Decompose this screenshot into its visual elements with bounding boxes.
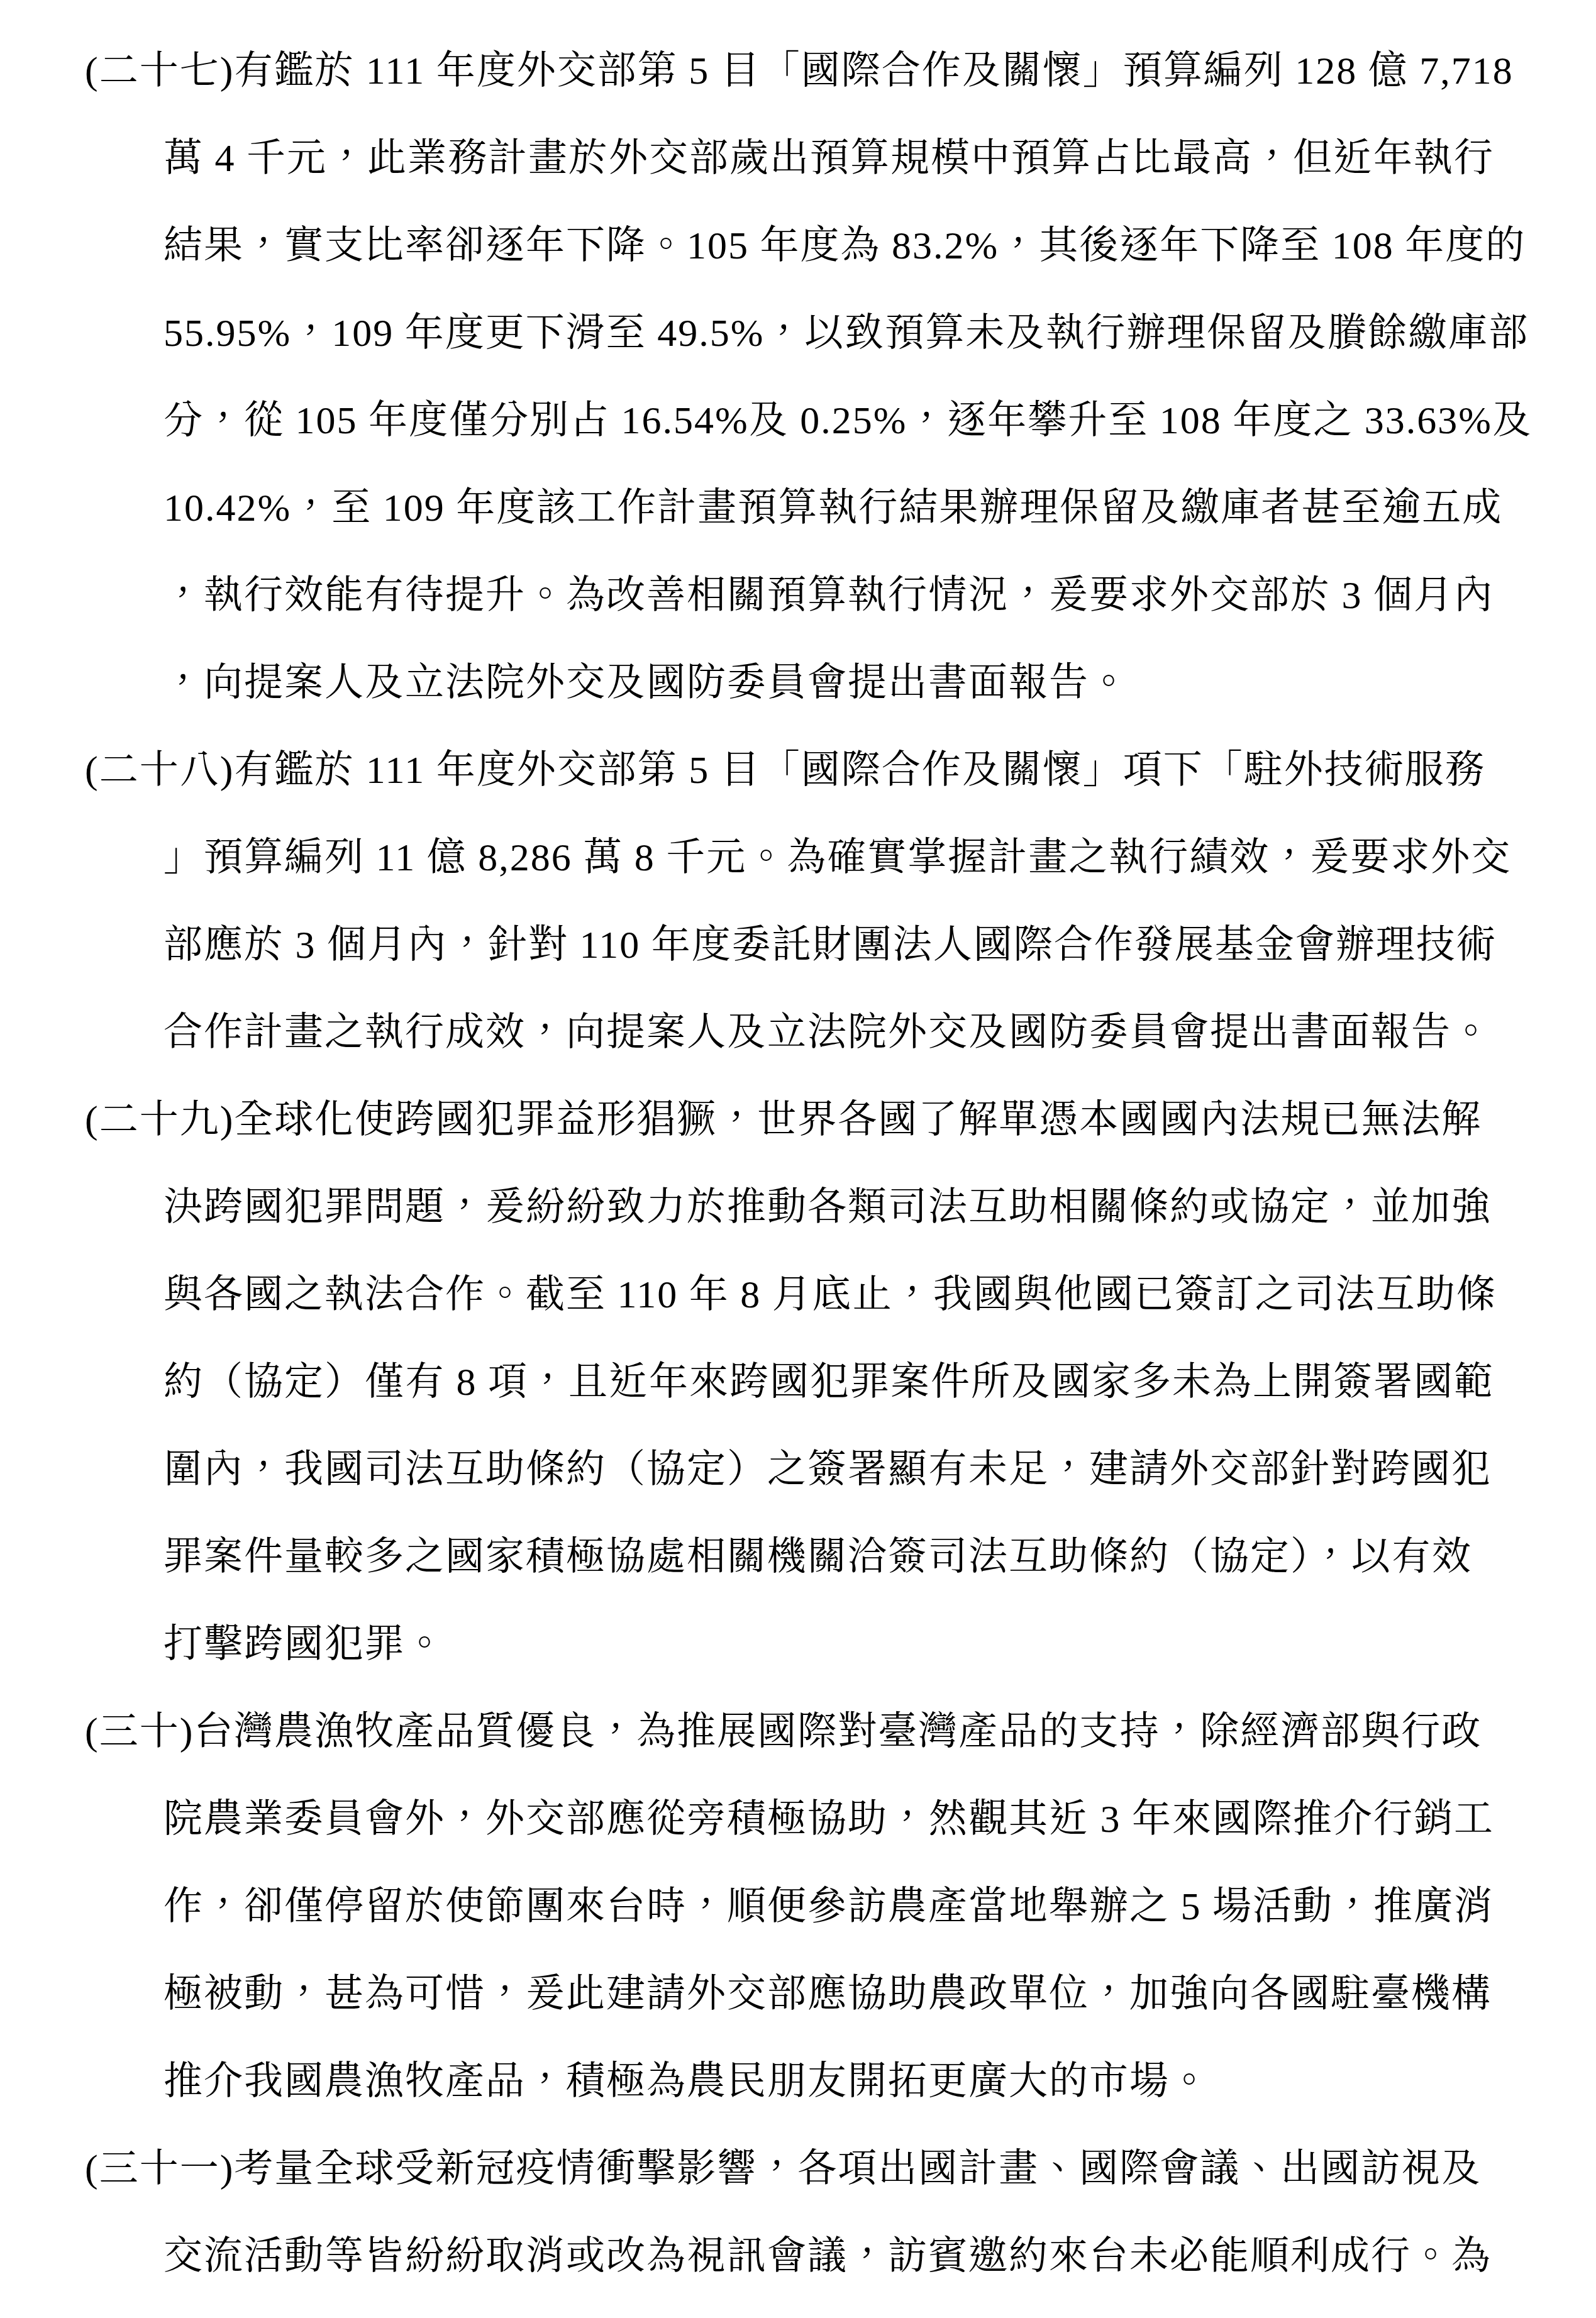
paragraph-三十: (三十)台灣農漁牧產品質優良，為推展國際對臺灣產品的支持，除經濟部與行政院農業委… bbox=[0, 1689, 1596, 2126]
text-line: 10.42%，至 109 年度該工作計畫預算執行結果辦理保留及繳庫者甚至逾五成 bbox=[0, 465, 1596, 552]
paragraph-二十八: (二十八)有鑑於 111 年度外交部第 5 目「國際合作及關懷」項下「駐外技術服… bbox=[0, 727, 1596, 1077]
text-line: 約（協定）僅有 8 項，且近年來跨國犯罪案件所及國家多未為上開簽署國範 bbox=[0, 1339, 1596, 1426]
text-line: 打擊跨國犯罪。 bbox=[0, 1601, 1596, 1689]
paragraph-二十七: (二十七)有鑑於 111 年度外交部第 5 目「國際合作及關懷」預算編列 128… bbox=[0, 28, 1596, 727]
document-text-block: (二十七)有鑑於 111 年度外交部第 5 目「國際合作及關懷」預算編列 128… bbox=[0, 0, 1596, 2300]
paragraph-二十八-label-line: (二十八)有鑑於 111 年度外交部第 5 目「國際合作及關懷」項下「駐外技術服… bbox=[0, 727, 1596, 814]
text-line: 交流活動等皆紛紛取消或改為視訊會議，訪賓邀約來台未必能順利成行。為 bbox=[0, 2213, 1596, 2300]
paragraph-三十-label-line: (三十)台灣農漁牧產品質優良，為推展國際對臺灣產品的支持，除經濟部與行政 bbox=[0, 1689, 1596, 1776]
text-line: 圍內，我國司法互助條約（協定）之簽署顯有未足，建請外交部針對跨國犯 bbox=[0, 1426, 1596, 1514]
text-line: 」預算編列 11 億 8,286 萬 8 千元。為確實掌握計畫之執行績效，爰要求… bbox=[0, 814, 1596, 902]
text-line: 結果，實支比率卻逐年下降。105 年度為 83.2%，其後逐年下降至 108 年… bbox=[0, 202, 1596, 290]
text-line: ，執行效能有待提升。為改善相關預算執行情況，爰要求外交部於 3 個月內 bbox=[0, 552, 1596, 640]
text-line: 決跨國犯罪問題，爰紛紛致力於推動各類司法互助相關條約或協定，並加強 bbox=[0, 1164, 1596, 1251]
text-line: 作，卻僅停留於使節團來台時，順便參訪農產當地舉辦之 5 場活動，推廣消 bbox=[0, 1863, 1596, 1951]
text-line: 55.95%，109 年度更下滑至 49.5%，以致預算未及執行辦理保留及賸餘繳… bbox=[0, 290, 1596, 377]
paragraph-二十九: (二十九)全球化使跨國犯罪益形猖獗，世界各國了解單憑本國國內法規已無法解決跨國犯… bbox=[0, 1077, 1596, 1689]
paragraph-二十九-label-line: (二十九)全球化使跨國犯罪益形猖獗，世界各國了解單憑本國國內法規已無法解 bbox=[0, 1077, 1596, 1164]
text-line: 分，從 105 年度僅分別占 16.54%及 0.25%，逐年攀升至 108 年… bbox=[0, 377, 1596, 465]
paragraph-二十七-label-line: (二十七)有鑑於 111 年度外交部第 5 目「國際合作及關懷」預算編列 128… bbox=[0, 28, 1596, 115]
text-line: 與各國之執法合作。截至 110 年 8 月底止，我國與他國已簽訂之司法互助條 bbox=[0, 1251, 1596, 1339]
text-line: 部應於 3 個月內，針對 110 年度委託財團法人國際合作發展基金會辦理技術 bbox=[0, 902, 1596, 989]
text-line: 合作計畫之執行成效，向提案人及立法院外交及國防委員會提出書面報告。 bbox=[0, 989, 1596, 1077]
text-line: 推介我國農漁牧產品，積極為農民朋友開拓更廣大的市場。 bbox=[0, 2038, 1596, 2126]
text-line: 極被動，甚為可惜，爰此建請外交部應協助農政單位，加強向各國駐臺機構 bbox=[0, 1951, 1596, 2038]
text-line: 院農業委員會外，外交部應從旁積極協助，然觀其近 3 年來國際推介行銷工 bbox=[0, 1776, 1596, 1863]
document-page: (二十七)有鑑於 111 年度外交部第 5 目「國際合作及關懷」預算編列 128… bbox=[0, 0, 1596, 2318]
paragraph-三十一: (三十一)考量全球受新冠疫情衝擊影響，各項出國計畫、國際會議、出國訪視及交流活動… bbox=[0, 2126, 1596, 2300]
paragraph-三十一-label-line: (三十一)考量全球受新冠疫情衝擊影響，各項出國計畫、國際會議、出國訪視及 bbox=[0, 2126, 1596, 2213]
text-line: 罪案件量較多之國家積極協處相關機關洽簽司法互助條約（協定），以有效 bbox=[0, 1514, 1596, 1601]
text-line: ，向提案人及立法院外交及國防委員會提出書面報告。 bbox=[0, 640, 1596, 727]
text-line: 萬 4 千元，此業務計畫於外交部歲出預算規模中預算占比最高，但近年執行 bbox=[0, 115, 1596, 202]
